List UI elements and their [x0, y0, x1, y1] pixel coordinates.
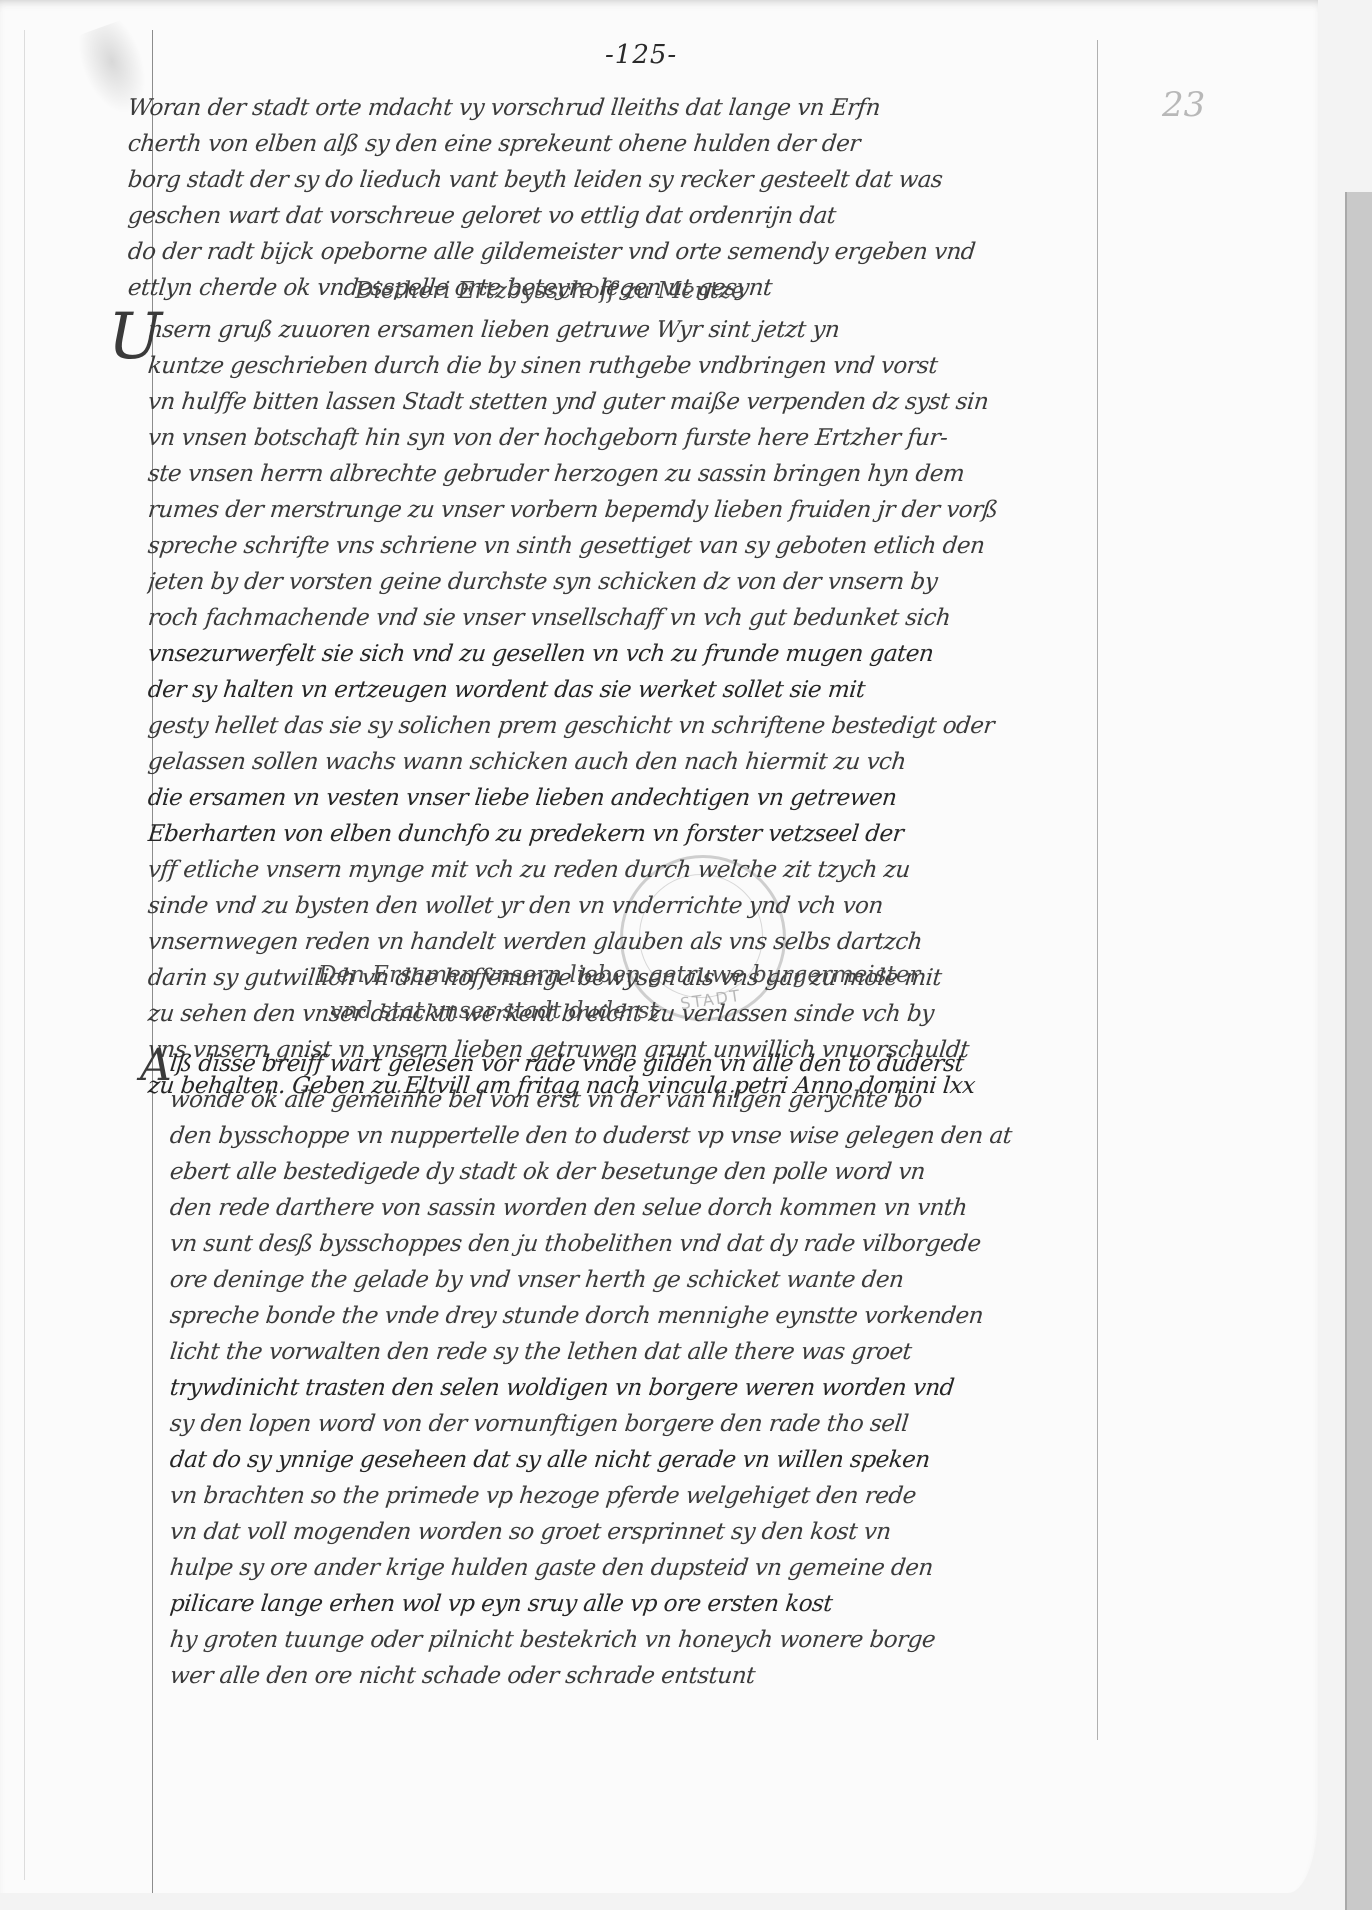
text-line: nsern gruß zuuoren ersamen lieben getruw… [146, 312, 1180, 348]
text-line: den rede darthere von sassin worden den … [168, 1190, 1182, 1226]
text-line: hulpe sy ore ander krige hulden gaste de… [168, 1550, 1182, 1586]
letter-address-line-2: vnd stat vnser stadt duderst [330, 998, 659, 1024]
text-line: zu sehen den vnser dancktt werkent breic… [146, 996, 1180, 1032]
text-line: vn hulffe bitten lassen Stadt stetten yn… [146, 384, 1180, 420]
text-line: geschen wart dat vorschreue geloret vo e… [126, 198, 1180, 234]
binding-edge [1345, 192, 1372, 1910]
text-line: vnsezurwerfelt sie sich vnd zu gesellen … [146, 636, 1180, 672]
letter-address-line-1: Den Ersamen vnsern lieben getruwe burger… [318, 962, 920, 988]
text-line: hy groten tuunge oder pilnicht bestekric… [168, 1622, 1182, 1658]
text-line: sy den lopen word von der vornunftigen b… [168, 1406, 1182, 1442]
outer-fold-line [24, 30, 25, 1880]
text-line: jeten by der vorsten geine durchste syn … [146, 564, 1180, 600]
text-line: dat do sy ynnige geseheen dat sy alle ni… [168, 1442, 1182, 1478]
text-line: rumes der merstrunge zu vnser vorbern be… [146, 492, 1180, 528]
text-line: vn vnsen botschaft hin syn von der hochg… [146, 420, 1180, 456]
text-line: ebert alle bestedigede dy stadt ok der b… [168, 1154, 1182, 1190]
text-line: vff etliche vnsern mynge mit vch zu rede… [146, 852, 1180, 888]
text-line: vn brachten so the primede vp hezoge pfe… [168, 1478, 1182, 1514]
text-line: borg stadt der sy do lieduch vant beyth … [126, 162, 1180, 198]
text-line: spreche bonde the vnde drey stunde dorch… [168, 1298, 1182, 1334]
manuscript-leaf: -125- 23 STADT Woran der stadt orte mdac… [0, 0, 1318, 1893]
text-line: trywdinicht trasten den selen woldigen v… [168, 1370, 1182, 1406]
folio-number: -125- [605, 40, 677, 70]
text-line: roch fachmachende vnd sie vnser vnsellsc… [146, 600, 1180, 636]
text-line: wonde ok alle gemeinhe bel von erst vn d… [168, 1082, 1182, 1118]
text-line: der sy halten vn ertzeugen wordent das s… [146, 672, 1180, 708]
text-line: licht the vorwalten den rede sy the leth… [168, 1334, 1182, 1370]
text-line: Woran der stadt orte mdacht vy vorschrud… [126, 90, 1180, 126]
letter-heading-sender: Dietheri Ertzbysschoff zu Mentze [355, 278, 745, 304]
text-line: do der radt bijck opeborne alle gildemei… [126, 234, 1180, 270]
text-line: den bysschoppe vn nuppertelle den to dud… [168, 1118, 1182, 1154]
text-line: die ersamen vn vesten vnser liebe lieben… [146, 780, 1180, 816]
text-line: vn dat voll mogenden worden so groet ers… [168, 1514, 1182, 1550]
text-line: wer alle den ore nicht schade oder schra… [168, 1658, 1182, 1694]
text-line: ore deninge the gelade by vnd vnser hert… [168, 1262, 1182, 1298]
text-line: lß disse breiff wart gelesen vor rade vn… [168, 1046, 1182, 1082]
text-line: sinde vnd zu bysten den wollet yr den vn… [146, 888, 1180, 924]
section-3-text: lß disse breiff wart gelesen vor rade vn… [170, 1046, 1180, 1694]
text-line: vn sunt desß bysschoppes den ju thobelit… [168, 1226, 1182, 1262]
text-line: gelassen sollen wachs wann schicken auch… [146, 744, 1180, 780]
text-line: gesty hellet das sie sy solichen prem ge… [146, 708, 1180, 744]
section-1-text: Woran der stadt orte mdacht vy vorschrud… [128, 90, 1178, 306]
text-line: vnsernwegen reden vn handelt werden glau… [146, 924, 1180, 960]
text-line: kuntze geschrieben durch die by sinen ru… [146, 348, 1180, 384]
text-line: spreche schrifte vns schriene vn sinth g… [146, 528, 1180, 564]
text-line: ste vnsen herrn albrechte gebruder herzo… [146, 456, 1180, 492]
decorated-initial: A [140, 1040, 172, 1091]
text-line: pilicare lange erhen wol vp eyn sruy all… [168, 1586, 1182, 1622]
text-line: Eberharten von elben dunchfo zu predeker… [146, 816, 1180, 852]
text-line: cherth von elben alß sy den eine sprekeu… [126, 126, 1180, 162]
